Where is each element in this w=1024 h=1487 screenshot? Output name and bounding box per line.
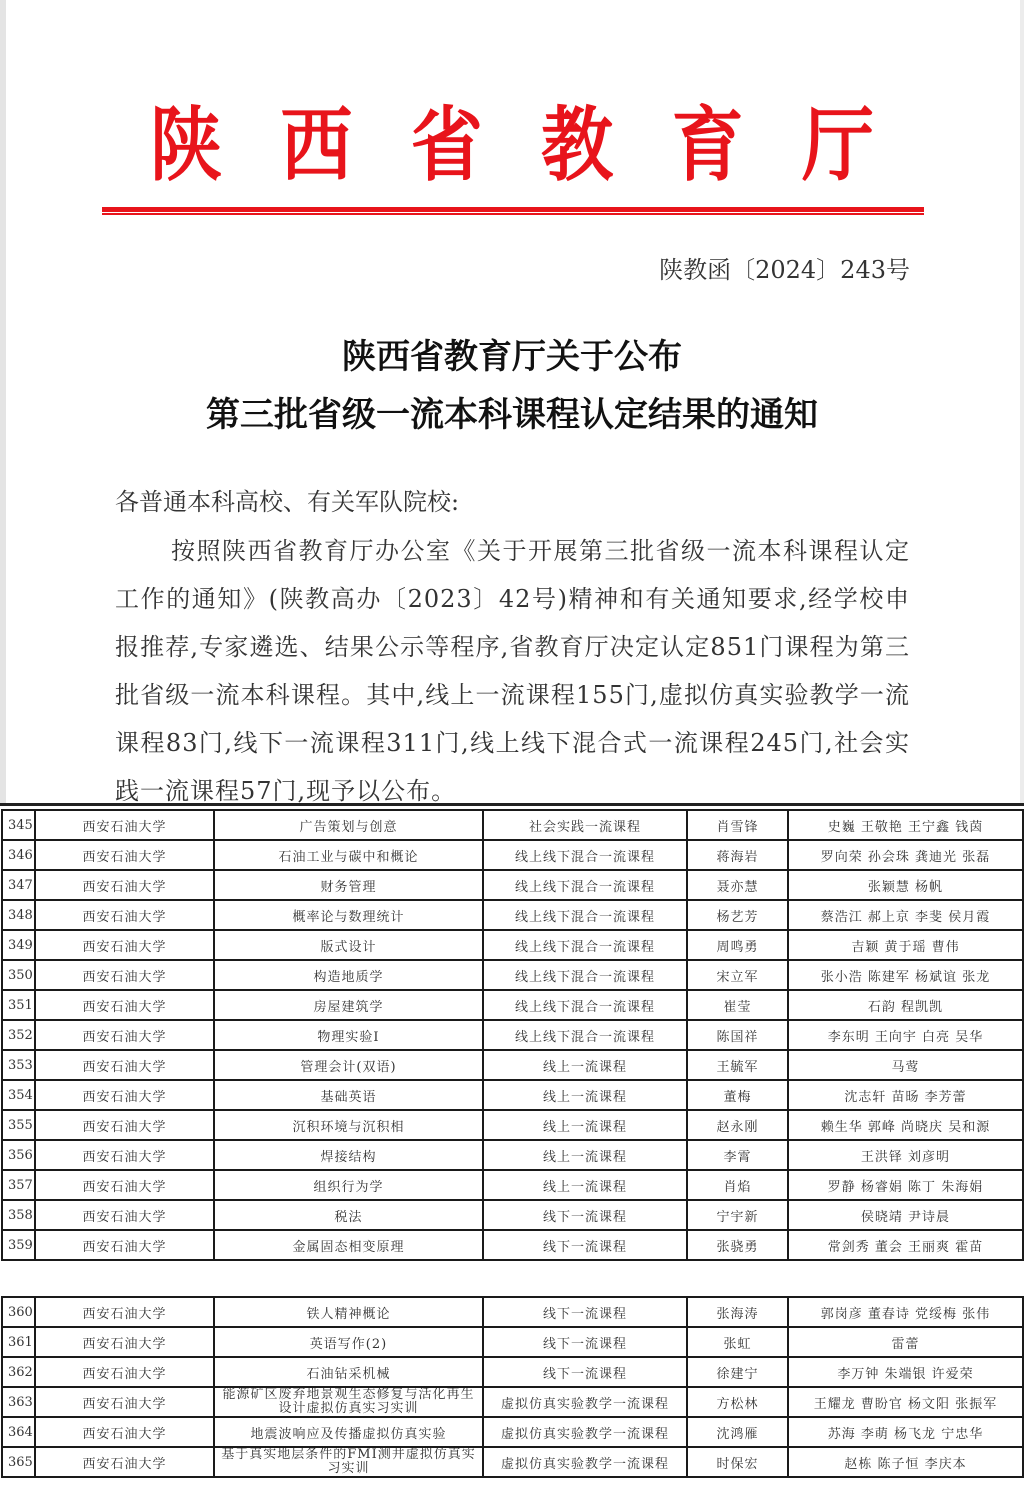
course-type-cell: 线下一流课程 bbox=[483, 1200, 687, 1230]
course-type-cell: 线下一流课程 bbox=[483, 1357, 687, 1387]
course-type-cell: 线上线下混合一流课程 bbox=[483, 840, 687, 870]
course-leader-cell: 王毓军 bbox=[687, 1050, 788, 1080]
school-cell: 西安石油大学 bbox=[35, 1200, 214, 1230]
course-name-cell: 沉积环境与沉积相 bbox=[214, 1110, 483, 1140]
table-row: 357西安石油大学组织行为学线上一流课程肖焰罗静 杨睿娟 陈丁 朱海娟 bbox=[2, 1170, 1023, 1200]
course-type-cell: 线上一流课程 bbox=[483, 1050, 687, 1080]
school-cell: 西安石油大学 bbox=[35, 810, 214, 840]
course-type-cell: 线上线下混合一流课程 bbox=[483, 960, 687, 990]
row-number: 345 bbox=[2, 810, 35, 840]
table-row: 364西安石油大学地震波响应及传播虚拟仿真实验虚拟仿真实验教学一流课程沈鸿雁苏海… bbox=[2, 1417, 1023, 1447]
document-number: 陕教函〔2024〕243号 bbox=[659, 250, 910, 285]
course-type-cell: 线上一流课程 bbox=[483, 1080, 687, 1110]
course-name-cell: 地震波响应及传播虚拟仿真实验 bbox=[214, 1417, 483, 1447]
course-leader-cell: 张虹 bbox=[687, 1327, 788, 1357]
school-cell: 西安石油大学 bbox=[35, 1230, 214, 1260]
course-type-cell: 线上一流课程 bbox=[483, 1140, 687, 1170]
team-members-cell: 苏海 李萌 杨飞龙 宁忠华 bbox=[788, 1417, 1023, 1447]
course-leader-cell: 肖焰 bbox=[687, 1170, 788, 1200]
row-number: 352 bbox=[2, 1020, 35, 1050]
masthead-char: 教 bbox=[541, 95, 613, 196]
course-name-cell: 概率论与数理统计 bbox=[214, 900, 483, 930]
team-members-cell: 张颖慧 杨帆 bbox=[788, 870, 1023, 900]
notice-body-paragraph: 按照陕西省教育厅办公室《关于开展第三批省级一流本科课程认定工作的通知》(陕教高办… bbox=[115, 527, 910, 815]
school-cell: 西安石油大学 bbox=[35, 1140, 214, 1170]
course-leader-cell: 宋立军 bbox=[687, 960, 788, 990]
course-type-cell: 线下一流课程 bbox=[483, 1297, 687, 1327]
team-members-cell: 马莺 bbox=[788, 1050, 1023, 1080]
course-leader-cell: 聂亦慧 bbox=[687, 870, 788, 900]
school-cell: 西安石油大学 bbox=[35, 870, 214, 900]
course-leader-cell: 赵永刚 bbox=[687, 1110, 788, 1140]
team-members-cell: 吉颖 黄于瑶 曹伟 bbox=[788, 930, 1023, 960]
course-name-cell: 管理会计(双语) bbox=[214, 1050, 483, 1080]
course-name-cell: 石油钻采机械 bbox=[214, 1357, 483, 1387]
course-name-cell: 房屋建筑学 bbox=[214, 990, 483, 1020]
course-type-cell: 线上线下混合一流课程 bbox=[483, 1020, 687, 1050]
school-cell: 西安石油大学 bbox=[35, 1297, 214, 1327]
course-leader-cell: 李霄 bbox=[687, 1140, 788, 1170]
course-name-cell: 金属固态相变原理 bbox=[214, 1230, 483, 1260]
team-members-cell: 王耀龙 曹盼官 杨文阳 张振军 bbox=[788, 1387, 1023, 1417]
row-number: 355 bbox=[2, 1110, 35, 1140]
course-type-cell: 线上线下混合一流课程 bbox=[483, 870, 687, 900]
table-row: 358西安石油大学税法线下一流课程宁宇新侯晓靖 尹诗晨 bbox=[2, 1200, 1023, 1230]
course-name-cell: 广告策划与创意 bbox=[214, 810, 483, 840]
team-members-cell: 史巍 王敬艳 王宁鑫 钱茵 bbox=[788, 810, 1023, 840]
course-type-cell: 线上线下混合一流课程 bbox=[483, 930, 687, 960]
row-number: 357 bbox=[2, 1170, 35, 1200]
course-type-cell: 线上线下混合一流课程 bbox=[483, 990, 687, 1020]
course-type-cell: 线下一流课程 bbox=[483, 1230, 687, 1260]
course-leader-cell: 董梅 bbox=[687, 1080, 788, 1110]
table-row: 350西安石油大学构造地质学线上线下混合一流课程宋立军张小浩 陈建军 杨斌谊 张… bbox=[2, 960, 1023, 990]
course-type-cell: 虚拟仿真实验教学一流课程 bbox=[483, 1387, 687, 1417]
course-name-cell: 焊接结构 bbox=[214, 1140, 483, 1170]
school-cell: 西安石油大学 bbox=[35, 1447, 214, 1477]
masthead-char: 省 bbox=[411, 95, 483, 196]
team-members-cell: 赵栋 陈子恒 李庆本 bbox=[788, 1447, 1023, 1477]
notice-title-line1: 陕西省教育厅关于公布 bbox=[0, 328, 1024, 386]
table-row: 347西安石油大学财务管理线上线下混合一流课程聂亦慧张颖慧 杨帆 bbox=[2, 870, 1023, 900]
course-name-cell: 组织行为学 bbox=[214, 1170, 483, 1200]
course-leader-cell: 张海涛 bbox=[687, 1297, 788, 1327]
notice-title: 陕西省教育厅关于公布 第三批省级一流本科课程认定结果的通知 bbox=[0, 328, 1024, 444]
table-row: 354西安石油大学基础英语线上一流课程董梅沈志轩 苗旸 李芳蕾 bbox=[2, 1080, 1023, 1110]
school-cell: 西安石油大学 bbox=[35, 960, 214, 990]
team-members-cell: 罗静 杨睿娟 陈丁 朱海娟 bbox=[788, 1170, 1023, 1200]
school-cell: 西安石油大学 bbox=[35, 1417, 214, 1447]
course-leader-cell: 蒋海岩 bbox=[687, 840, 788, 870]
table-row: 346西安石油大学石油工业与碳中和概论线上线下混合一流课程蒋海岩罗向荣 孙会珠 … bbox=[2, 840, 1023, 870]
course-type-cell: 线下一流课程 bbox=[483, 1327, 687, 1357]
course-name-cell: 构造地质学 bbox=[214, 960, 483, 990]
school-cell: 西安石油大学 bbox=[35, 840, 214, 870]
team-members-cell: 雷蕾 bbox=[788, 1327, 1023, 1357]
table-row: 349西安石油大学版式设计线上线下混合一流课程周鸣勇吉颖 黄于瑶 曹伟 bbox=[2, 930, 1023, 960]
course-name-cell: 基础英语 bbox=[214, 1080, 483, 1110]
row-number: 347 bbox=[2, 870, 35, 900]
school-cell: 西安石油大学 bbox=[35, 990, 214, 1020]
course-leader-cell: 徐建宁 bbox=[687, 1357, 788, 1387]
school-cell: 西安石油大学 bbox=[35, 900, 214, 930]
row-number: 349 bbox=[2, 930, 35, 960]
course-name-cell: 版式设计 bbox=[214, 930, 483, 960]
course-name-cell: 基于真实地层条件的FMI测井虚拟仿真实习实训 bbox=[214, 1447, 483, 1477]
course-leader-cell: 方松林 bbox=[687, 1387, 788, 1417]
course-type-cell: 线上一流课程 bbox=[483, 1110, 687, 1140]
red-separator-rule bbox=[102, 207, 924, 216]
row-number: 353 bbox=[2, 1050, 35, 1080]
table-row: 359西安石油大学金属固态相变原理线下一流课程张骁勇常剑秀 董会 王丽爽 霍苗 bbox=[2, 1230, 1023, 1260]
course-name-cell: 铁人精神概论 bbox=[214, 1297, 483, 1327]
team-members-cell: 石韵 程凯凯 bbox=[788, 990, 1023, 1020]
school-cell: 西安石油大学 bbox=[35, 1050, 214, 1080]
row-number: 360 bbox=[2, 1297, 35, 1327]
team-members-cell: 张小浩 陈建军 杨斌谊 张龙 bbox=[788, 960, 1023, 990]
agency-masthead: 陕 西 省 教 育 厅 bbox=[150, 100, 874, 190]
team-members-cell: 王洪铎 刘彦明 bbox=[788, 1140, 1023, 1170]
school-cell: 西安石油大学 bbox=[35, 1387, 214, 1417]
row-number: 348 bbox=[2, 900, 35, 930]
row-number: 362 bbox=[2, 1357, 35, 1387]
course-name-cell: 财务管理 bbox=[214, 870, 483, 900]
school-cell: 西安石油大学 bbox=[35, 1357, 214, 1387]
course-name-cell: 税法 bbox=[214, 1200, 483, 1230]
course-table-part2: 360西安石油大学铁人精神概论线下一流课程张海涛郭岗彦 董春诗 党绥梅 张伟36… bbox=[1, 1296, 1024, 1478]
course-name-cell: 物理实验I bbox=[214, 1020, 483, 1050]
course-leader-cell: 陈国祥 bbox=[687, 1020, 788, 1050]
team-members-cell: 赖生华 郭峰 尚晓庆 吴和源 bbox=[788, 1110, 1023, 1140]
screenshot-divider bbox=[0, 803, 1024, 806]
course-leader-cell: 肖雪锋 bbox=[687, 810, 788, 840]
school-cell: 西安石油大学 bbox=[35, 1170, 214, 1200]
course-leader-cell: 周鸣勇 bbox=[687, 930, 788, 960]
masthead-char: 育 bbox=[672, 95, 744, 196]
table-row: 361西安石油大学英语写作(2)线下一流课程张虹雷蕾 bbox=[2, 1327, 1023, 1357]
course-table-part1: 345西安石油大学广告策划与创意社会实践一流课程肖雪锋史巍 王敬艳 王宁鑫 钱茵… bbox=[1, 809, 1024, 1261]
course-type-cell: 虚拟仿真实验教学一流课程 bbox=[483, 1447, 687, 1477]
team-members-cell: 常剑秀 董会 王丽爽 霍苗 bbox=[788, 1230, 1023, 1260]
team-members-cell: 李东明 王向宇 白亮 吴华 bbox=[788, 1020, 1023, 1050]
masthead-char: 厅 bbox=[802, 95, 874, 196]
row-number: 356 bbox=[2, 1140, 35, 1170]
table-row: 360西安石油大学铁人精神概论线下一流课程张海涛郭岗彦 董春诗 党绥梅 张伟 bbox=[2, 1297, 1023, 1327]
school-cell: 西安石油大学 bbox=[35, 1080, 214, 1110]
course-type-cell: 线上线下混合一流课程 bbox=[483, 900, 687, 930]
row-number: 358 bbox=[2, 1200, 35, 1230]
table-row: 362西安石油大学石油钻采机械线下一流课程徐建宁李万钟 朱端银 许爱荣 bbox=[2, 1357, 1023, 1387]
row-number: 354 bbox=[2, 1080, 35, 1110]
course-leader-cell: 崔莹 bbox=[687, 990, 788, 1020]
course-type-cell: 线上一流课程 bbox=[483, 1170, 687, 1200]
notice-title-line2: 第三批省级一流本科课程认定结果的通知 bbox=[0, 386, 1024, 444]
team-members-cell: 郭岗彦 董春诗 党绥梅 张伟 bbox=[788, 1297, 1023, 1327]
team-members-cell: 李万钟 朱端银 许爱荣 bbox=[788, 1357, 1023, 1387]
table-row: 351西安石油大学房屋建筑学线上线下混合一流课程崔莹石韵 程凯凯 bbox=[2, 990, 1023, 1020]
course-leader-cell: 宁宇新 bbox=[687, 1200, 788, 1230]
row-number: 359 bbox=[2, 1230, 35, 1260]
course-name-cell: 石油工业与碳中和概论 bbox=[214, 840, 483, 870]
row-number: 363 bbox=[2, 1387, 35, 1417]
masthead-char: 陕 bbox=[150, 95, 222, 196]
course-leader-cell: 张骁勇 bbox=[687, 1230, 788, 1260]
table-row: 353西安石油大学管理会计(双语)线上一流课程王毓军马莺 bbox=[2, 1050, 1023, 1080]
row-number: 364 bbox=[2, 1417, 35, 1447]
row-number: 361 bbox=[2, 1327, 35, 1357]
course-leader-cell: 时保宏 bbox=[687, 1447, 788, 1477]
row-number: 365 bbox=[2, 1447, 35, 1477]
course-type-cell: 社会实践一流课程 bbox=[483, 810, 687, 840]
school-cell: 西安石油大学 bbox=[35, 930, 214, 960]
salutation: 各普通本科高校、有关军队院校: bbox=[115, 482, 459, 517]
table-row: 363西安石油大学能源矿区废弃地景观生态修复与活化再生设计虚拟仿真实习实训虚拟仿… bbox=[2, 1387, 1023, 1417]
team-members-cell: 侯晓靖 尹诗晨 bbox=[788, 1200, 1023, 1230]
row-number: 351 bbox=[2, 990, 35, 1020]
row-number: 346 bbox=[2, 840, 35, 870]
course-leader-cell: 沈鸿雁 bbox=[687, 1417, 788, 1447]
course-type-cell: 虚拟仿真实验教学一流课程 bbox=[483, 1417, 687, 1447]
table-row: 355西安石油大学沉积环境与沉积相线上一流课程赵永刚赖生华 郭峰 尚晓庆 吴和源 bbox=[2, 1110, 1023, 1140]
course-leader-cell: 杨艺芳 bbox=[687, 900, 788, 930]
school-cell: 西安石油大学 bbox=[35, 1020, 214, 1050]
table-row: 352西安石油大学物理实验I线上线下混合一流课程陈国祥李东明 王向宇 白亮 吴华 bbox=[2, 1020, 1023, 1050]
school-cell: 西安石油大学 bbox=[35, 1110, 214, 1140]
team-members-cell: 沈志轩 苗旸 李芳蕾 bbox=[788, 1080, 1023, 1110]
table-row: 348西安石油大学概率论与数理统计线上线下混合一流课程杨艺芳蔡浩江 郝上京 李斐… bbox=[2, 900, 1023, 930]
table-row: 365西安石油大学基于真实地层条件的FMI测井虚拟仿真实习实训虚拟仿真实验教学一… bbox=[2, 1447, 1023, 1477]
course-name-cell: 英语写作(2) bbox=[214, 1327, 483, 1357]
table-row: 345西安石油大学广告策划与创意社会实践一流课程肖雪锋史巍 王敬艳 王宁鑫 钱茵 bbox=[2, 810, 1023, 840]
table-row: 356西安石油大学焊接结构线上一流课程李霄王洪铎 刘彦明 bbox=[2, 1140, 1023, 1170]
team-members-cell: 蔡浩江 郝上京 李斐 侯月霞 bbox=[788, 900, 1023, 930]
row-number: 350 bbox=[2, 960, 35, 990]
school-cell: 西安石油大学 bbox=[35, 1327, 214, 1357]
team-members-cell: 罗向荣 孙会珠 龚迪光 张磊 bbox=[788, 840, 1023, 870]
course-name-cell: 能源矿区废弃地景观生态修复与活化再生设计虚拟仿真实习实训 bbox=[214, 1387, 483, 1417]
masthead-char: 西 bbox=[280, 95, 352, 196]
